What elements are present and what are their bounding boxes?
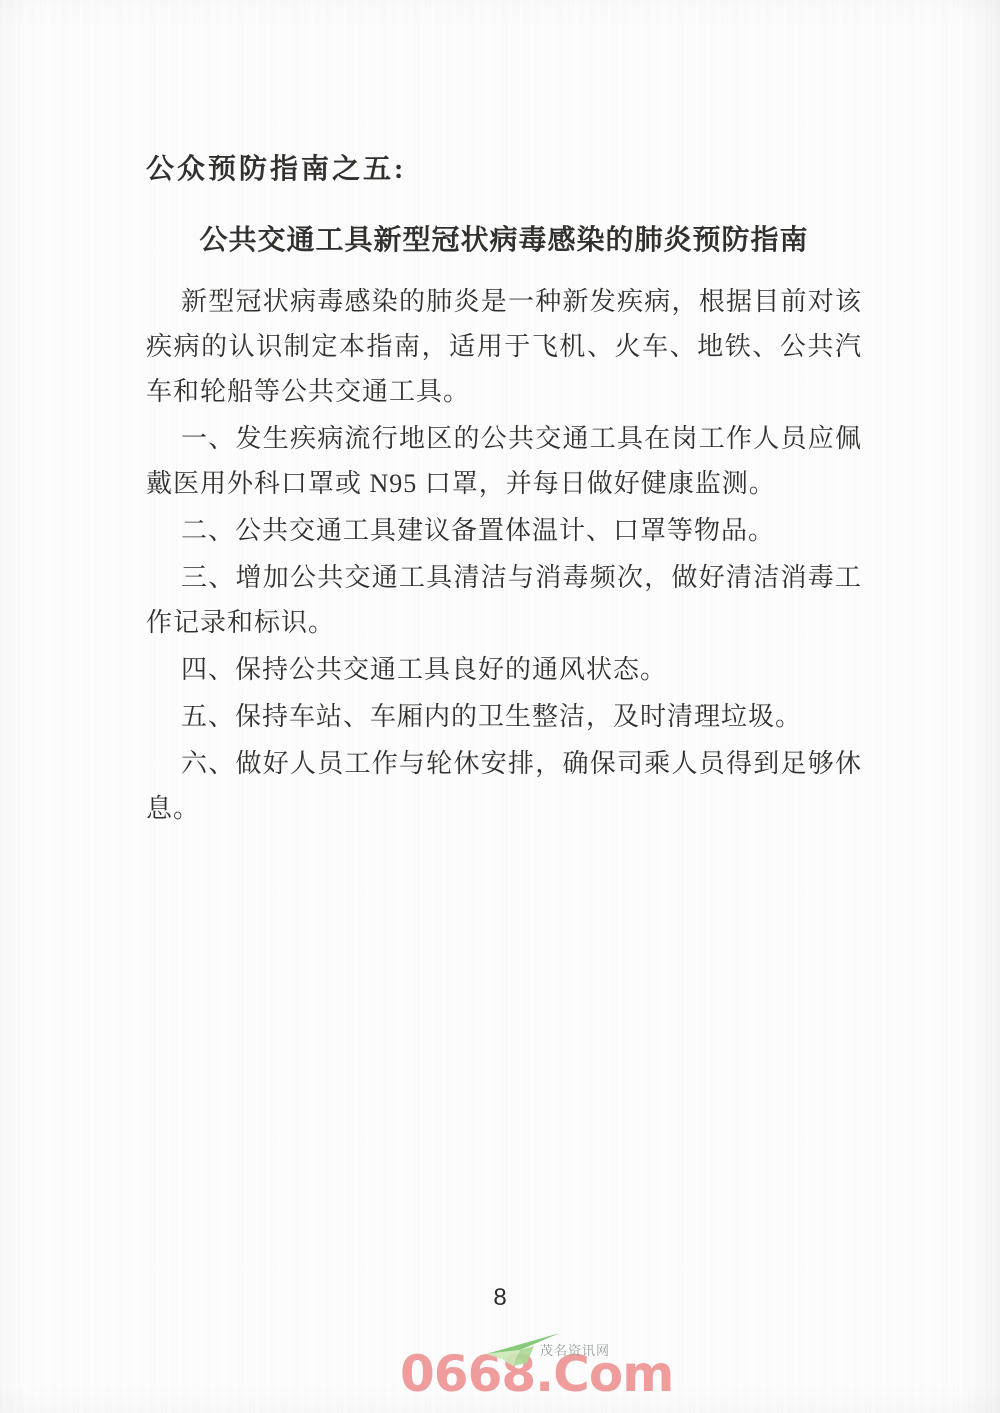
document-title: 公共交通工具新型冠状病毒感染的肺炎预防指南 — [146, 223, 862, 259]
page-number: 8 — [0, 1284, 1000, 1312]
guide-item-3: 三、增加公共交通工具清洁与消毒频次，做好清洁消毒工作记录和标识。 — [146, 555, 862, 645]
document-content: 公众预防指南之五: 公共交通工具新型冠状病毒感染的肺炎预防指南 新型冠状病毒感染… — [146, 153, 862, 831]
guide-item-1: 一、发生疾病流行地区的公共交通工具在岗工作人员应佩戴医用外科口罩或 N95 口罩… — [146, 416, 862, 506]
guide-item-6: 六、做好人员工作与轮休安排，确保司乘人员得到足够休息。 — [146, 741, 862, 831]
scanned-document-page: 公众预防指南之五: 公共交通工具新型冠状病毒感染的肺炎预防指南 新型冠状病毒感染… — [0, 0, 1000, 1413]
document-body: 新型冠状病毒感染的肺炎是一种新发疾病，根据目前对该疾病的认识制定本指南，适用于飞… — [146, 279, 862, 831]
section-label: 公众预防指南之五: — [146, 153, 862, 187]
watermark-site-name: 茂名资讯网 — [540, 1344, 610, 1358]
site-watermark: 0668.Com 茂名资讯网 — [400, 1330, 640, 1410]
guide-item-4: 四、保持公共交通工具良好的通风状态。 — [146, 647, 862, 692]
guide-item-2: 二、公共交通工具建议备置体温计、口罩等物品。 — [146, 508, 862, 553]
intro-paragraph: 新型冠状病毒感染的肺炎是一种新发疾病，根据目前对该疾病的认识制定本指南，适用于飞… — [146, 279, 862, 414]
guide-item-5: 五、保持车站、车厢内的卫生整洁，及时清理垃圾。 — [146, 694, 862, 739]
